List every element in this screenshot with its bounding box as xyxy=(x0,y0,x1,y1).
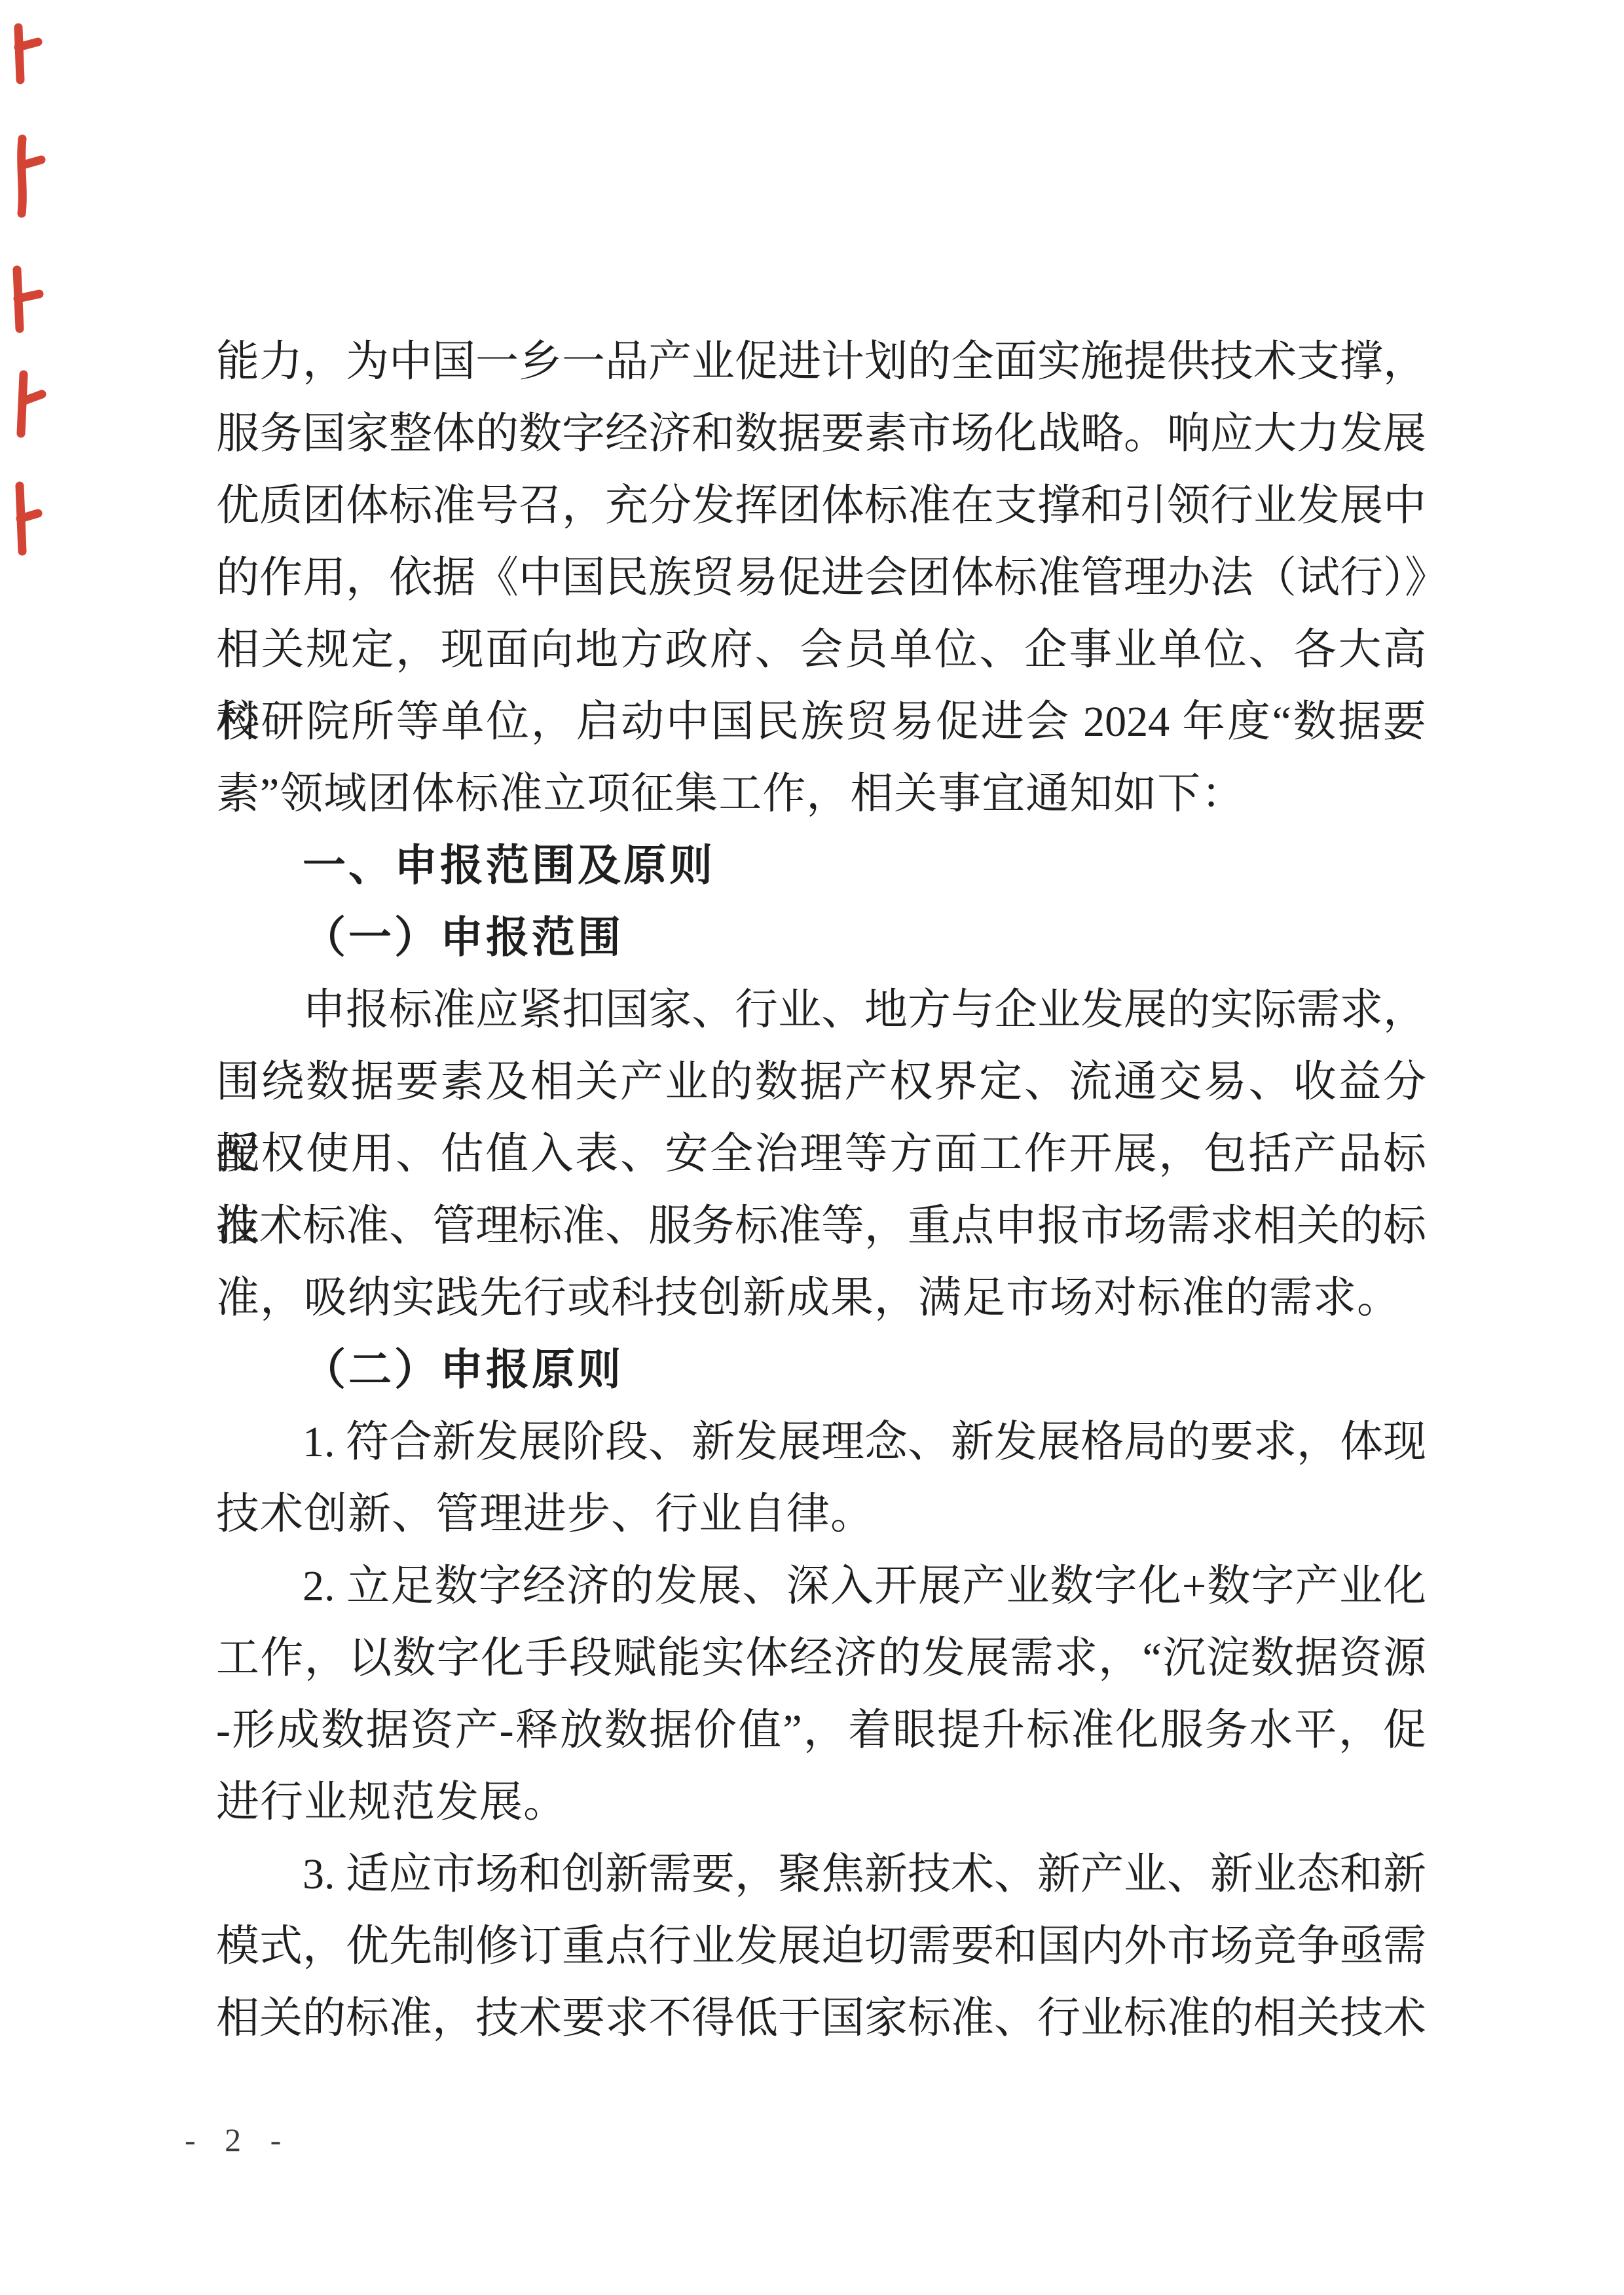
text-line: -形成数据资产-释放数据价值”，着眼提升标准化服务水平，促 xyxy=(216,1695,1426,1767)
text-line: 技术标准、管理标准、服务标准等，重点申报市场需求相关的标 xyxy=(216,1190,1426,1262)
text-line: 优质团体标准号召，充分发挥团体标准在支撑和引领行业发展中 xyxy=(216,470,1426,542)
heading-line: （二）申报原则 xyxy=(216,1334,1426,1406)
text-line: 的作用，依据《中国民族贸易促进会团体标准管理办法（试行）》 xyxy=(216,542,1426,614)
text-line: 科研院所等单位，启动中国民族贸易促进会 2024 年度“数据要 xyxy=(216,686,1426,758)
heading-line: 一、申报范围及原则 xyxy=(216,830,1426,902)
text-line: 模式，优先制修订重点行业发展迫切需要和国内外市场竞争亟需 xyxy=(216,1911,1426,1983)
document-page: 能力，为中国一乡一品产业促进计划的全面实施提供技术支撑，服务国家整体的数字经济和… xyxy=(0,0,1624,2295)
text-line: 2. 立足数字经济的发展、深入开展产业数字化+数字产业化 xyxy=(216,1551,1426,1623)
text-line: 相关规定，现面向地方政府、会员单位、企事业单位、各大高校、 xyxy=(216,614,1426,686)
red-scan-marks xyxy=(0,0,59,589)
text-line: 授权使用、估值入表、安全治理等方面工作开展，包括产品标准、 xyxy=(216,1118,1426,1190)
heading-line: （一）申报范围 xyxy=(216,902,1426,974)
text-line: 准，吸纳实践先行或科技创新成果，满足市场对标准的需求。 xyxy=(216,1262,1426,1334)
text-line: 1. 符合新发展阶段、新发展理念、新发展格局的要求，体现 xyxy=(216,1406,1426,1478)
text-line: 进行业规范发展。 xyxy=(216,1767,1426,1839)
page-number: - 2 - xyxy=(185,2120,291,2159)
text-line: 工作，以数字化手段赋能实体经济的发展需求，“沉淀数据资源 xyxy=(216,1623,1426,1695)
text-line: 技术创新、管理进步、行业自律。 xyxy=(216,1478,1426,1551)
text-line: 围绕数据要素及相关产业的数据产权界定、流通交易、收益分配、 xyxy=(216,1046,1426,1118)
text-line: 申报标准应紧扣国家、行业、地方与企业发展的实际需求， xyxy=(216,974,1426,1046)
text-line: 3. 适应市场和创新需要，聚焦新技术、新产业、新业态和新 xyxy=(216,1839,1426,1911)
text-line: 素”领域团体标准立项征集工作，相关事宜通知如下： xyxy=(216,758,1426,830)
document-body: 能力，为中国一乡一品产业促进计划的全面实施提供技术支撑，服务国家整体的数字经济和… xyxy=(216,326,1426,2055)
text-line: 能力，为中国一乡一品产业促进计划的全面实施提供技术支撑， xyxy=(216,326,1426,398)
text-line: 服务国家整体的数字经济和数据要素市场化战略。响应大力发展 xyxy=(216,398,1426,470)
text-line: 相关的标准，技术要求不得低于国家标准、行业标准的相关技术 xyxy=(216,1983,1426,2055)
